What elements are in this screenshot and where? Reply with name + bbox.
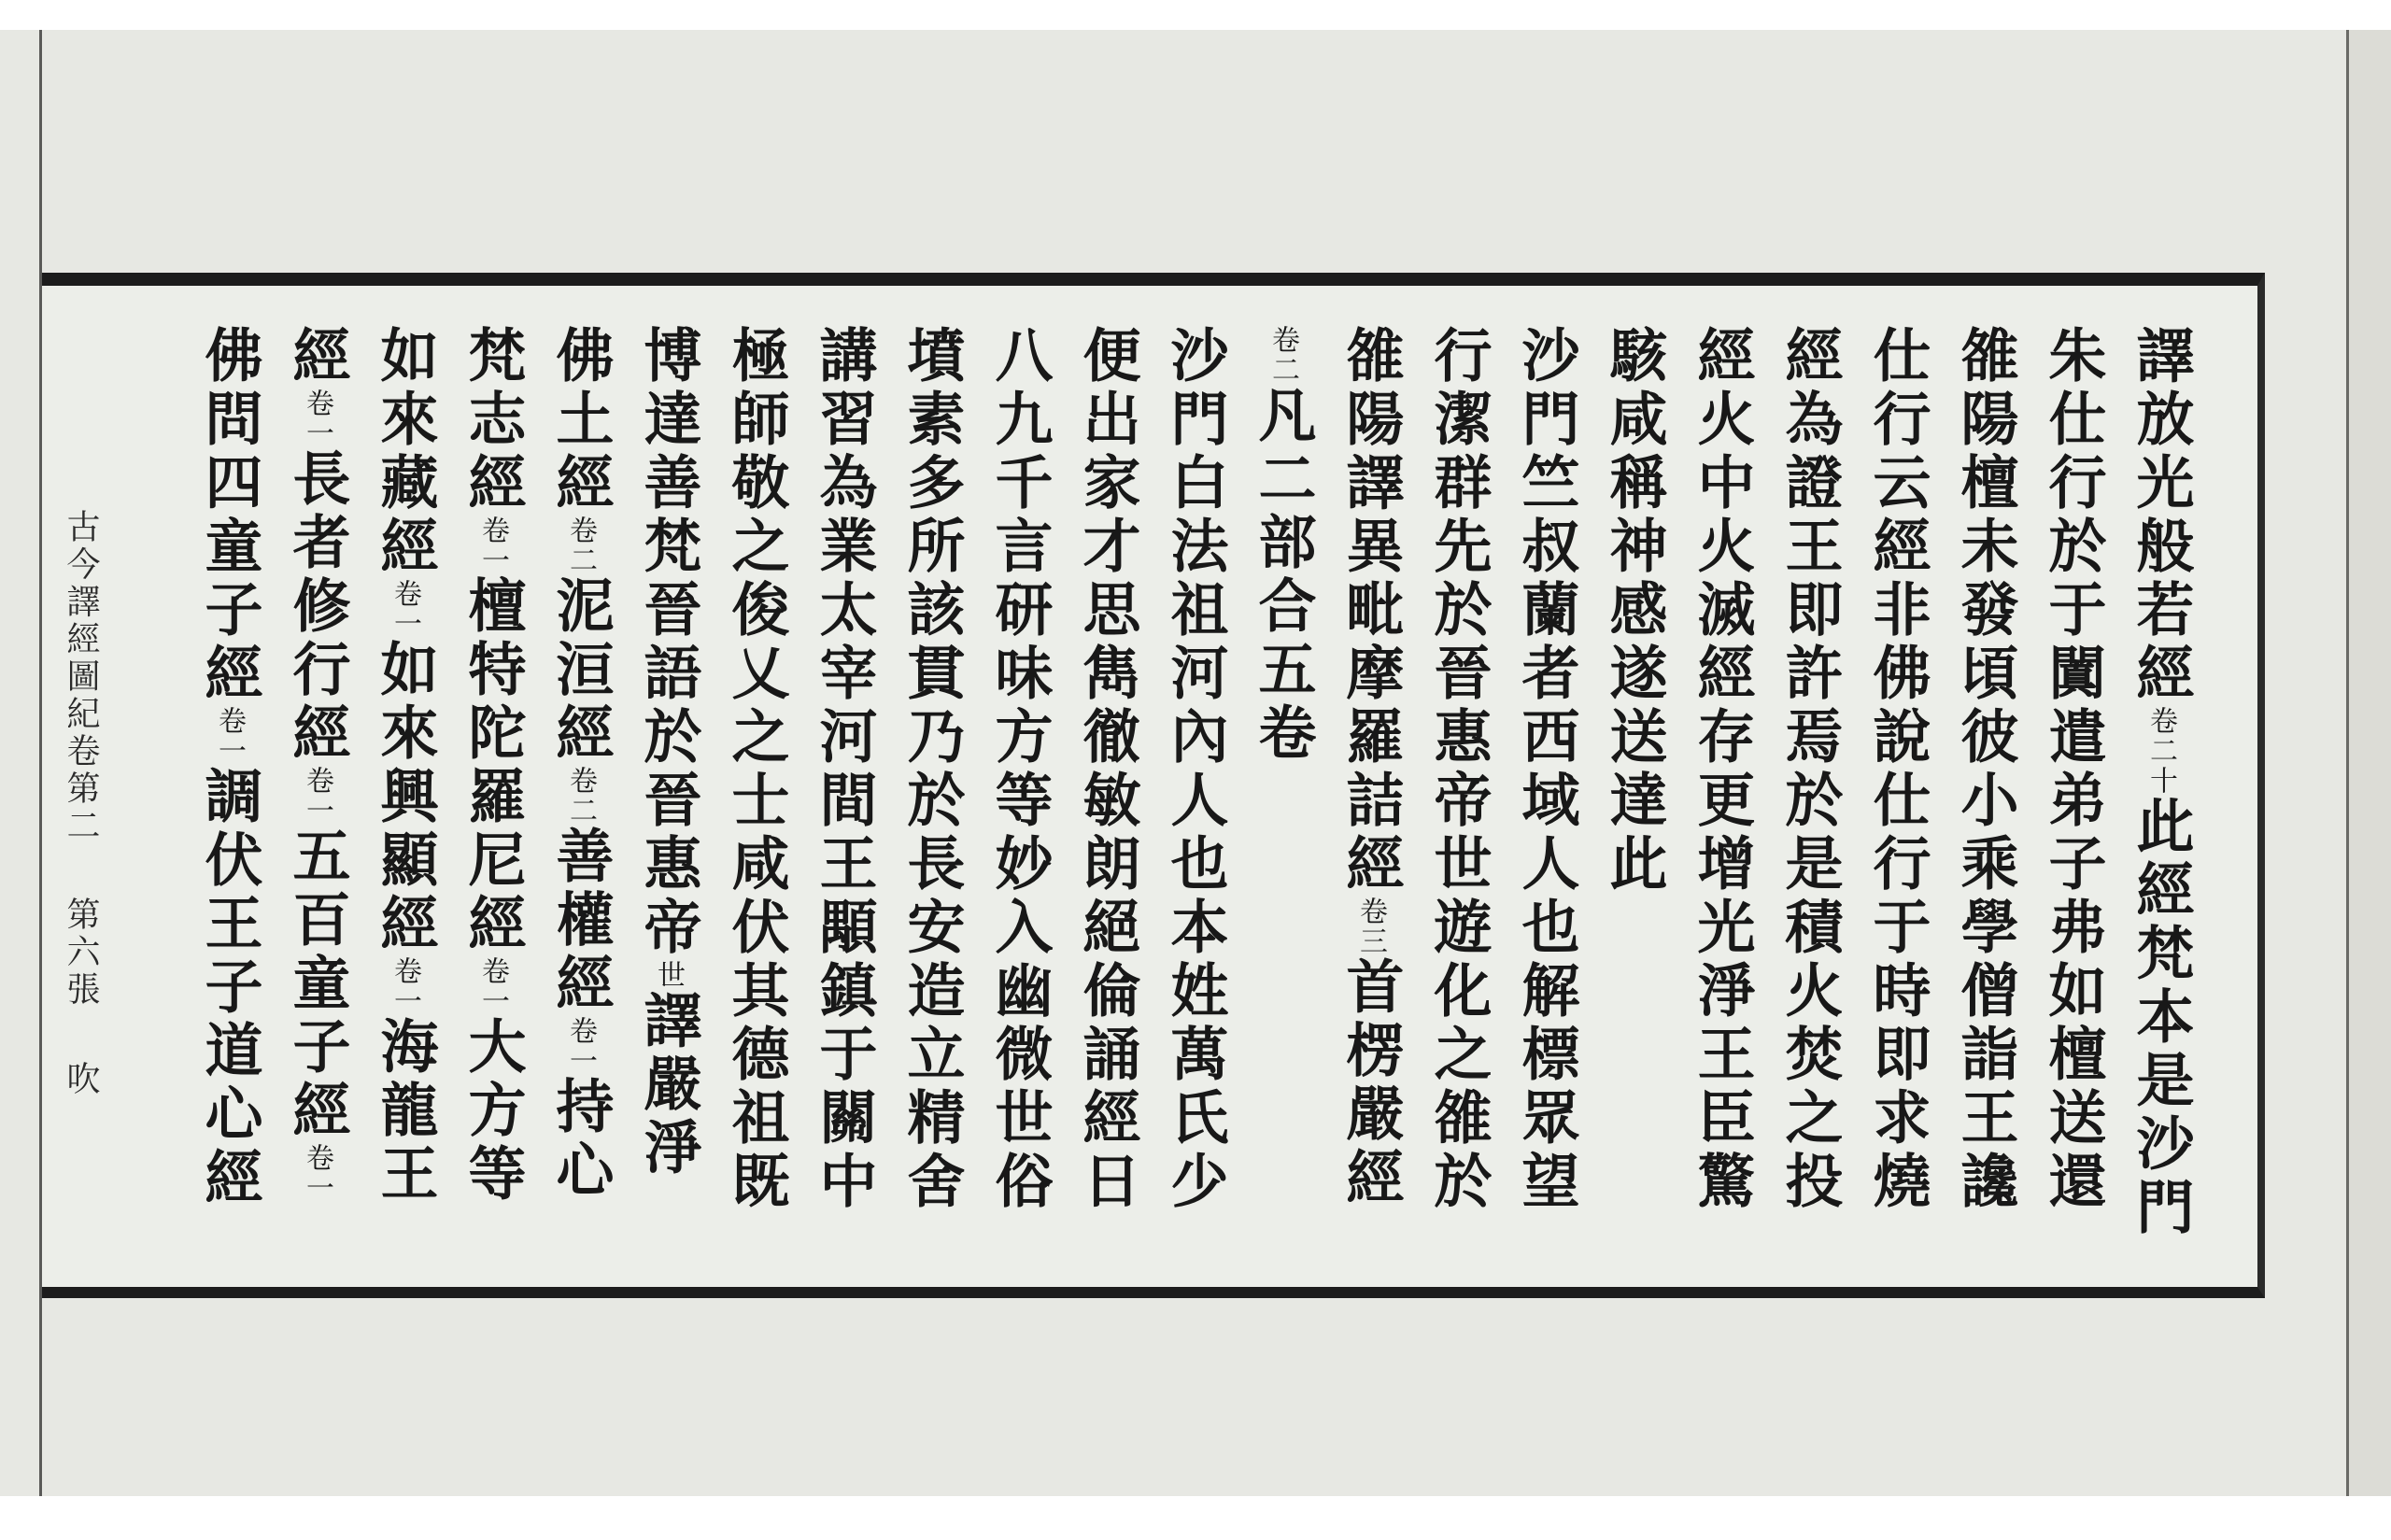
column-14: 八九千言研味方等妙入幽微世俗 [975,325,1063,1259]
column-15: 墳素多所該貫乃於長安造立精舍 [887,325,975,1259]
margin-caption: 古今譯經圖紀卷第二 第六張 吹 [58,509,105,1098]
column-11: 卷二凡二部合五卷 [1238,325,1326,1259]
column-7: 駭咸稱神感遂送達此 [1590,325,1677,1259]
column-1: 譯放光般若經卷二十此經梵本是沙門 [2116,325,2204,1259]
column-17: 極師敬之俊乂之士咸伏其德祖既 [712,325,799,1259]
right-page-edge [2346,30,2349,1496]
column-21: 如來藏經卷一如來興顯經卷一海龍王 [361,325,448,1259]
column-23: 佛問四童子經卷一調伏王子道心經 [185,325,273,1259]
column-8: 沙門竺叔蘭者西域人也解標眾望 [1502,325,1590,1259]
column-2: 朱仕行於于闐遣弟子弗如檀送還 [2029,325,2116,1259]
column-18: 博達善梵晉語於晉惠帝世譯嚴淨 [624,325,712,1259]
margin-title: 古今譯經圖紀卷第二 [57,509,105,845]
column-5: 經為證王即許焉於是積火焚之投 [1765,325,1853,1259]
column-10: 雒陽譯異毗摩羅詰經卷三首楞嚴經 [1326,325,1414,1259]
column-22: 經卷一長者修行經卷一五百童子經卷一 [273,325,361,1259]
text-columns: 譯放光般若經卷二十此經梵本是沙門 朱仕行於于闐遣弟子弗如檀送還 雒陽檀未發頃彼小… [103,325,2204,1259]
folio-number: 第六張 [57,897,105,1009]
column-3: 雒陽檀未發頃彼小乘學僧詣王讒 [1941,325,2029,1259]
column-20: 梵志經卷一檀特陀羅尼經卷一大方等 [448,325,536,1259]
margin-mark: 吹 [57,1061,105,1098]
column-19: 佛土經卷二泥洹經卷二善權經卷一持心 [536,325,624,1259]
right-margin-strip [2349,30,2391,1496]
column-4: 仕行云經非佛說仕行于時即求燒 [1853,325,1941,1259]
column-16: 講習為業太宰河間王顒鎮于關中 [799,325,887,1259]
column-6: 經火中火滅經存更增光淨王臣驚 [1677,325,1765,1259]
column-9: 行潔群先於晉惠帝世遊化之雒於 [1414,325,1502,1259]
column-12: 沙門白法祖河內人也本姓萬氏少 [1151,325,1238,1259]
column-13: 便出家才思雋徹敏朗絕倫誦經日 [1063,325,1151,1259]
